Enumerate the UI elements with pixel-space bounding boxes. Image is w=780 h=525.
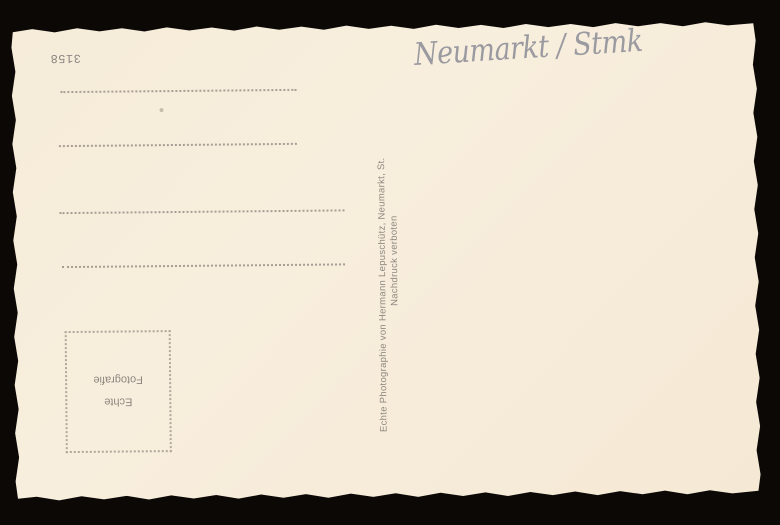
postcard-back: 3158 Neumarkt / Stmk Echte Photographie … [10,16,763,505]
handwritten-note: Neumarkt / Stmk [413,23,644,73]
stamp-text-line-1: Echte [67,390,169,413]
address-line-1 [60,89,296,93]
address-line-3 [60,209,345,214]
photographer-imprint: Echte Photographie von Hermann Lepuschüt… [376,157,403,432]
address-line-4 [62,263,345,268]
paper-fleck [160,108,164,112]
address-line-2 [59,143,297,147]
stamp-text-line-2: Fotografie [67,368,169,391]
stamp-box-text: Echte Fotografie [67,368,169,413]
stamp-box: Echte Fotografie [65,330,172,453]
catalog-number: 3158 [50,51,81,65]
